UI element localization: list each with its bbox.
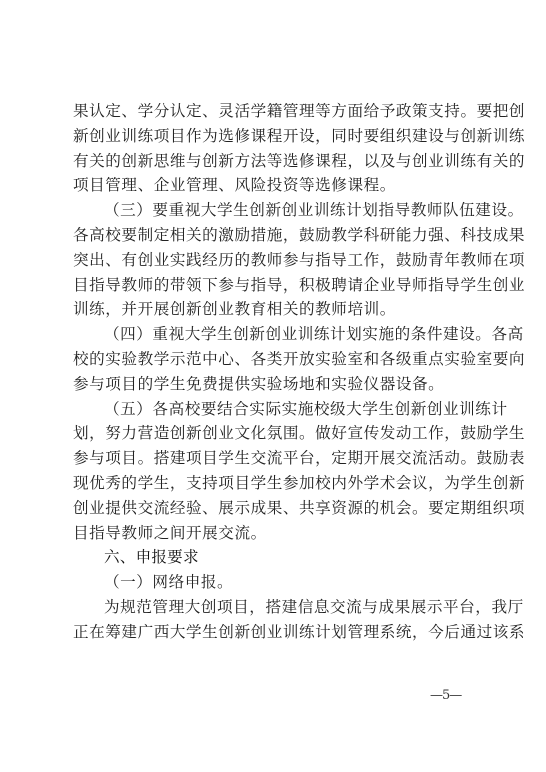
text-line: 创业提供交流经验、展示成果、共享资源的机会。要定期组织项 bbox=[73, 496, 479, 521]
text-line: 新创业训练项目作为选修课程开设，同时要组织建设与创新训练 bbox=[73, 124, 479, 149]
text-line: 校的实验教学示范中心、各类开放实验室和各级重点实验室要向 bbox=[73, 347, 479, 372]
text-line: 果认定、学分认定、灵活学籍管理等方面给予政策支持。要把创 bbox=[73, 99, 479, 124]
document-page: 果认定、学分认定、灵活学籍管理等方面给予政策支持。要把创 新创业训练项目作为选修… bbox=[0, 0, 546, 772]
text-line: 项目管理、企业管理、风险投资等选修课程。 bbox=[73, 173, 479, 198]
paragraph-start-line: （三）要重视大学生创新创业训练计划指导教师队伍建设。 bbox=[73, 198, 479, 223]
subsection-heading: （一）网络申报。 bbox=[73, 570, 479, 595]
paragraph-start-line: （五）各高校要结合实际实施校级大学生创新创业训练计 bbox=[73, 397, 479, 422]
text-line: 参与项目的学生免费提供实验场地和实验仪器设备。 bbox=[73, 372, 479, 397]
page-number: —5— bbox=[430, 688, 461, 703]
text-line: 参与项目。搭建项目学生交流平台，定期开展交流活动。鼓励表 bbox=[73, 446, 479, 471]
text-line: 现优秀的学生，支持项目学生参加校内外学术会议，为学生创新 bbox=[73, 471, 479, 496]
section-heading: 六、申报要求 bbox=[73, 545, 479, 570]
body-text: 果认定、学分认定、灵活学籍管理等方面给予政策支持。要把创 新创业训练项目作为选修… bbox=[73, 99, 479, 645]
text-line: 突出、有创业实践经历的教师参与指导工作，鼓励青年教师在项 bbox=[73, 248, 479, 273]
text-line: 各高校要制定相关的激励措施，鼓励教学科研能力强、科技成果 bbox=[73, 223, 479, 248]
text-line: 目指导教师之间开展交流。 bbox=[73, 521, 479, 546]
text-line: 正在筹建广西大学生创新创业训练计划管理系统，今后通过该系 bbox=[73, 620, 479, 645]
text-line: 有关的创新思维与创新方法等选修课程，以及与创业训练有关的 bbox=[73, 149, 479, 174]
text-line: 目指导教师的带领下参与指导，积极聘请企业导师指导学生创业 bbox=[73, 273, 479, 298]
paragraph-start-line: 为规范管理大创项目，搭建信息交流与成果展示平台，我厅 bbox=[73, 595, 479, 620]
text-line: 划，努力营造创新创业文化氛围。做好宣传发动工作，鼓励学生 bbox=[73, 421, 479, 446]
text-line: 训练，并开展创新创业教育相关的教师培训。 bbox=[73, 297, 479, 322]
paragraph-start-line: （四）重视大学生创新创业训练计划实施的条件建设。各高 bbox=[73, 322, 479, 347]
